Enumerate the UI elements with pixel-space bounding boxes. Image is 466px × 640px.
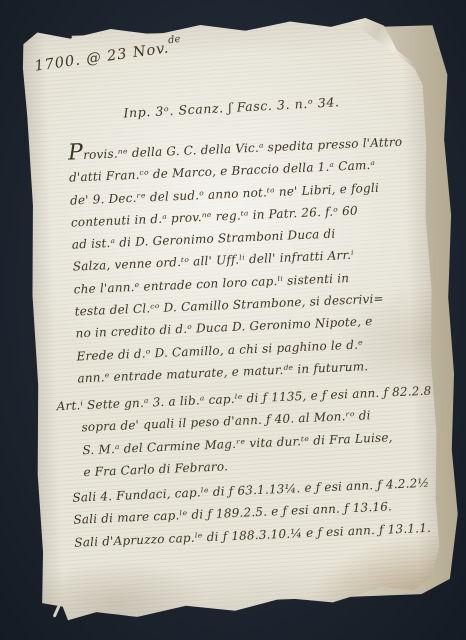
salt-account-list: Sali 4. Fundaci, cap.ˡᵉ di ƒ 63.1.13¼. e…	[72, 471, 440, 553]
photo-background: 1700. @ 23 Nov.de Inp. 3ᵒ. Scanz. ʃ Fasc…	[0, 0, 466, 640]
date-annotation: 1700. @ 23 Nov.de	[33, 34, 183, 75]
manuscript-page: 1700. @ 23 Nov.de Inp. 3ᵒ. Scanz. ʃ Fasc…	[17, 14, 444, 625]
provision-paragraph: Provis.ⁿᵉ della G. C. della Vic.ᵃ spedit…	[68, 128, 430, 390]
archival-reference: Inp. 3ᵒ. Scanz. ʃ Fasc. 3. n.ᵒ 34.	[123, 94, 340, 120]
date-annotation-superscript: de	[167, 34, 181, 47]
article-paragraph: Art.ⁱ Sette gn.ᵃ 3. a lib.ᵃ cap.ˡᵉ di ƒ …	[56, 380, 437, 485]
date-annotation-text: 1700. @ 23 Nov.	[34, 40, 171, 74]
